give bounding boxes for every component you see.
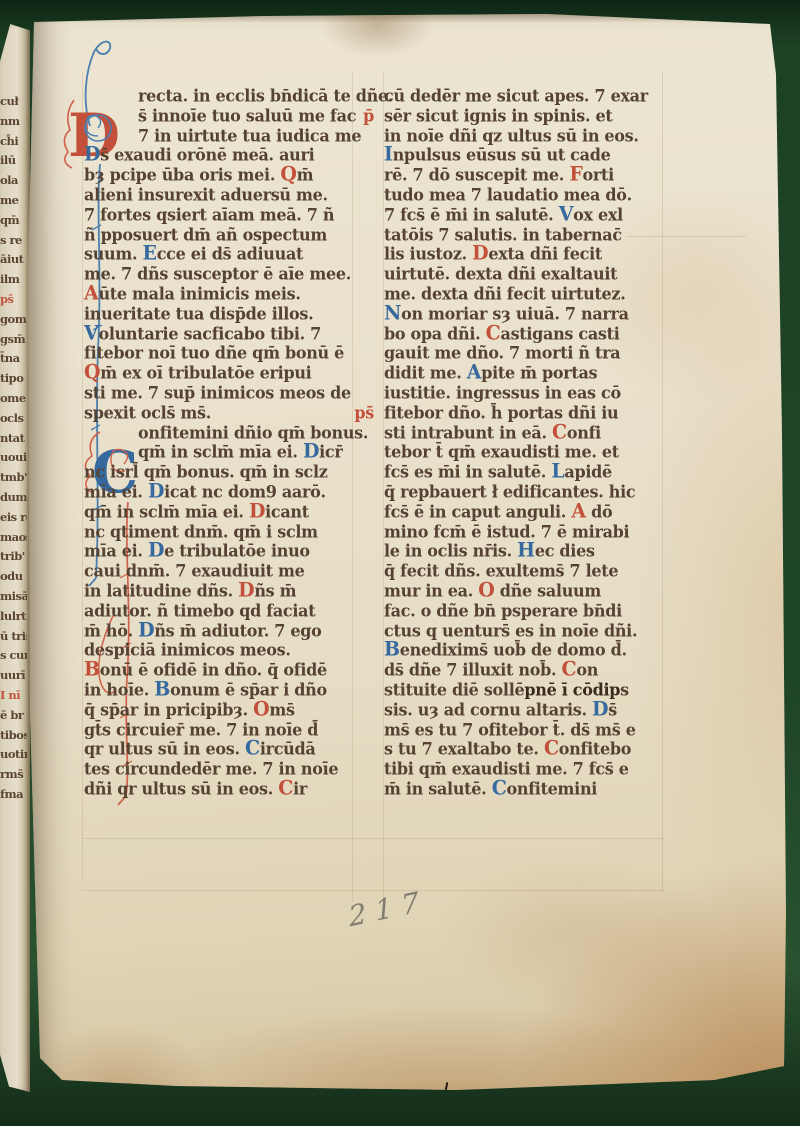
- text-segment: 7 fortes qsiert aīam meā. 7 ñ: [84, 205, 334, 225]
- text-segment: ñs m̄: [254, 581, 296, 601]
- text-segment: F: [569, 163, 582, 186]
- text-line: qr ultus sū in eos. Circūdā: [84, 739, 374, 760]
- text-line: despiciā inimicos meos.: [84, 640, 374, 661]
- text-line: inueritate tua disp̄de illos.: [84, 304, 374, 325]
- text-segment: orti: [583, 165, 614, 185]
- text-segment: C: [278, 777, 293, 800]
- text-line: 7 in uirtute tua iudica me: [84, 126, 374, 147]
- text-segment: V: [559, 203, 573, 226]
- text-line: nc isrl̄ qm̄ bonus. qm̄ in sclz: [84, 462, 374, 483]
- text-segment: tatōis 7 salutis. in tabernac̄: [384, 225, 622, 245]
- text-line: tibi qm̄ exaudisti me. 7 fcs̄ e: [384, 759, 674, 780]
- text-segment: in latitudine dñs.: [84, 581, 238, 601]
- text-segment: ms̄: [269, 700, 294, 720]
- text-line: Benedixims̄ uob̄ de domo d̄.: [384, 640, 674, 661]
- text-line: suum. Ecce ei ds̄ adiuuat: [84, 244, 374, 265]
- text-segment: caui dnm̄. 7 exaudiuit me: [84, 561, 305, 581]
- text-segment: on moriar sȝ uiuā. 7 narra: [401, 304, 629, 324]
- text-segment: onfi: [567, 423, 601, 443]
- rubric-mark: p̄: [363, 106, 374, 126]
- text-segment: cce ei ds̄ adiuuat: [157, 244, 303, 264]
- text-line: Ds̄ exaudi orōnē meā. auri: [84, 145, 374, 166]
- text-line: bȝ pcipe ūba oris mei. Qm̄: [84, 165, 374, 186]
- text-segment: 7 fcs̄ ē m̄i in salutē.: [384, 205, 559, 225]
- text-segment: stituite diē sollē: [384, 680, 524, 700]
- text-segment: gt̄s circuier̄ me. 7 in noīe d̄: [84, 720, 318, 740]
- gutter-fragment: eis rō: [0, 508, 27, 528]
- text-line: Bonū ē ofidē in dño. q̄ ofidē: [84, 660, 374, 681]
- text-segment: e tribulatōe inuo: [164, 541, 310, 561]
- gutter-fragment: ch̄i: [0, 132, 27, 152]
- text-segment: nc qtiment dnm̄. qm̄ i sclm: [84, 522, 318, 542]
- gutter-fragment: me: [0, 191, 27, 211]
- text-segment: A: [467, 361, 481, 384]
- text-segment: in hoīe.: [84, 680, 154, 700]
- text-segment: didit me.: [384, 363, 467, 383]
- text-segment: D: [238, 579, 254, 602]
- text-segment: D: [303, 440, 319, 463]
- text-segment: I: [384, 143, 393, 166]
- text-segment: A: [571, 500, 585, 523]
- text-line: me. dexta dñi fecit uirtutez.: [384, 284, 674, 305]
- gutter-fragment: dum: [0, 488, 27, 508]
- text-segment: tebor t̄ qm̄ exaudisti me. et: [384, 442, 619, 462]
- text-line: Inpulsus eūsus sū ut cade: [384, 145, 674, 166]
- text-segment: ms̄ es tu 7 ofitebor t̄. ds̄ ms̄ e: [384, 720, 636, 740]
- text-segment: D: [148, 480, 164, 503]
- text-line: ds̄ dñe 7 illuxit nob̄. Con: [384, 660, 674, 681]
- text-segment: fitebor dño. h̄ portas dñi iu: [384, 403, 618, 423]
- text-segment: C: [245, 737, 260, 760]
- text-line: stituite diē sollēpnē ī cōdips: [384, 680, 674, 701]
- text-line: fitebor dño. h̄ portas dñi iu: [384, 403, 674, 424]
- gutter-fragment: ilm: [0, 270, 27, 290]
- gutter-fragment: āiut: [0, 250, 27, 270]
- text-segment: bȝ pcipe ūba oris mei.: [84, 165, 280, 185]
- text-segment: ec dies: [535, 541, 595, 561]
- text-segment: V: [84, 321, 98, 344]
- text-line: didit me. Apite m̄ portas: [384, 363, 674, 384]
- text-line: q̄ repbauert ł edificantes. hic: [384, 482, 674, 503]
- text-segment: suum.: [84, 244, 143, 264]
- text-line: q̄ sp̄ar in pricipibȝ. Oms̄: [84, 700, 374, 721]
- text-line: gauit me dño. 7 morti ñ tra: [384, 343, 674, 364]
- gutter-fragment: ntat: [0, 429, 27, 449]
- text-segment: ūte mala inimicis meis.: [98, 284, 300, 304]
- text-line: fac. o dñe bn̄ psperare bn̄di: [384, 601, 674, 622]
- text-segment: E: [143, 242, 157, 265]
- text-segment: le in oclis nr̄is.: [384, 541, 517, 561]
- text-segment: ircūdā: [260, 739, 316, 759]
- text-line: le in oclis nr̄is. Hec dies: [384, 541, 674, 562]
- text-segment: mīa ei.: [84, 482, 148, 502]
- text-segment: ñs m̄ adiutor. 7 ego: [154, 621, 321, 641]
- text-line: iustitie. ingressus in eas cō: [384, 383, 674, 404]
- text-segment: tes circundedēr me. 7 in noīe: [84, 759, 338, 779]
- text-segment: q̄ repbauert ł edificantes. hic: [384, 482, 635, 502]
- text-line: tudo mea 7 laudatio mea dō.: [384, 185, 674, 206]
- text-segment: apidē: [564, 462, 612, 482]
- text-line: Non moriar sȝ uiuā. 7 narra: [384, 304, 674, 325]
- text-line: 7 fcs̄ ē m̄i in salutē. Vox exl: [384, 205, 674, 226]
- gutter-fragment: cuł: [0, 92, 27, 112]
- text-segment: s̄: [608, 700, 617, 720]
- text-segment: D: [249, 500, 265, 523]
- ruling-line: [82, 890, 664, 891]
- text-line: Voluntarie sacficabo tibi. 7: [84, 324, 374, 345]
- text-line: s̄ innoīe tuo saluū me facp̄: [84, 106, 374, 127]
- text-segment: uirtutē. dexta dñi exaltauit: [384, 264, 617, 284]
- text-segment: onfitemini dñio qm̄ bonus.: [138, 423, 368, 443]
- text-segment: sis. uȝ ad cornu altaris.: [384, 700, 592, 720]
- text-line: m̄ in salutē. Confitemini: [384, 779, 674, 800]
- text-segment: oluntarie sacficabo tibi. 7: [98, 324, 321, 344]
- text-segment: sti me. 7 sup̄ inimicos meos de: [84, 383, 351, 403]
- text-segment: mur in ea.: [384, 581, 478, 601]
- gutter-fragment: tmb': [0, 468, 27, 488]
- text-segment: enedixims̄ uob̄ de domo d̄.: [400, 640, 627, 660]
- text-segment: D: [138, 618, 154, 641]
- text-segment: m̄ hō.: [84, 621, 138, 641]
- text-line: mīa ei. Dicat nc dom9 aarō.: [84, 482, 374, 503]
- text-line: spexit ocls̄ ms̄.ps̄: [84, 403, 374, 424]
- manuscript-page: D C recta. in ecclis bn̄dicā te dñe.s̄ i…: [26, 14, 790, 1104]
- text-segment: cū dedēr me sicut apes. 7 exar: [384, 86, 648, 106]
- text-segment: onfitebo: [559, 739, 631, 759]
- text-segment: icant: [265, 502, 309, 522]
- gutter-fragment: uotin: [0, 745, 27, 765]
- text-line: cū dedēr me sicut apes. 7 exar: [384, 86, 674, 107]
- text-line: Qm̄ ex oī tribulatōe eripui: [84, 363, 374, 384]
- text-segment: B: [154, 678, 170, 701]
- text-segment: on: [576, 660, 598, 680]
- gutter-fragment: s re: [0, 231, 27, 251]
- text-segment: tibi qm̄ exaudisti me. 7 fcs̄ e: [384, 759, 629, 779]
- gutter-fragment: lulrt: [0, 607, 27, 627]
- text-segment: tudo mea 7 laudatio mea dō.: [384, 185, 632, 205]
- gutter-fragment: ē br: [0, 706, 27, 726]
- text-segment: bo opa dñi.: [384, 324, 486, 344]
- text-segment: spexit ocls̄ ms̄.: [84, 403, 211, 423]
- text-segment: rē. 7 dō suscepit me.: [384, 165, 569, 185]
- gutter-fragment: ps̄: [0, 290, 27, 310]
- gutter-fragment: s cur: [0, 646, 27, 666]
- text-column-left: recta. in ecclis bn̄dicā te dñe.s̄ innoī…: [84, 86, 374, 799]
- text-line: rē. 7 dō suscepit me. Forti: [384, 165, 674, 186]
- text-segment: fac. o dñe bn̄ psperare bn̄di: [384, 601, 622, 621]
- text-segment: B: [84, 658, 100, 681]
- text-segment: 7 in uirtute tua iudica me: [138, 126, 361, 146]
- gutter-fragment: misā: [0, 587, 27, 607]
- text-line: fcs̄ es m̄i in salutē. Lapidē: [384, 462, 674, 483]
- gutter-fragment: rms̄: [0, 765, 27, 785]
- text-line: sēr sicut ignis in spinis. et: [384, 106, 674, 127]
- text-line: caui dnm̄. 7 exaudiuit me: [84, 561, 374, 582]
- text-segment: gauit me dño. 7 morti ñ tra: [384, 343, 620, 363]
- text-line: nc qtiment dnm̄. qm̄ i sclm: [84, 522, 374, 543]
- text-line: adiutor. ñ timebo qd faciat: [84, 601, 374, 622]
- text-segment: alieni insurexit aduersū me.: [84, 185, 328, 205]
- text-line: ctus q uenturs̄ es in noīe dñi.: [384, 621, 674, 642]
- gutter-fragment: trib': [0, 547, 27, 567]
- text-segment: dō: [586, 502, 613, 522]
- text-segment: D: [84, 143, 100, 166]
- text-segment: fcs̄ ē in caput anguli.: [384, 502, 571, 522]
- text-segment: icat nc dom9 aarō.: [164, 482, 326, 502]
- gutter-fragment: gom: [0, 310, 27, 330]
- text-segment: in noīe dñi qz ultus sū in eos.: [384, 126, 639, 146]
- text-line: uirtutē. dexta dñi exaltauit: [384, 264, 674, 285]
- gutter-fragment: t̄na: [0, 349, 27, 369]
- gutter-fragment: ocls: [0, 409, 27, 429]
- text-segment: adiutor. ñ timebo qd faciat: [84, 601, 315, 621]
- text-segment: recta. in ecclis bn̄dicā te dñe.: [138, 86, 393, 106]
- gutter-text-fragments: cułnmch̄iilūolameqm̄s reāiutilmps̄gomgsm…: [0, 92, 27, 805]
- text-segment: iustitie. ingressus in eas cō: [384, 383, 621, 403]
- text-segment: dñi qr ultus sū in eos.: [84, 779, 278, 799]
- text-line: sti me. 7 sup̄ inimicos meos de: [84, 383, 374, 404]
- facing-page-edge: cułnmch̄iilūolameqm̄s reāiutilmps̄gomgsm…: [0, 24, 30, 1092]
- gutter-fragment: ū tris: [0, 627, 27, 647]
- text-segment: qm̄ in sclm̄ mīa ei.: [138, 442, 303, 462]
- gutter-fragment: fma: [0, 785, 27, 805]
- text-line: gt̄s circuier̄ me. 7 in noīe d̄: [84, 720, 374, 741]
- text-segment: N: [384, 302, 401, 325]
- text-line: m̄ hō. Dñs m̄ adiutor. 7 ego: [84, 621, 374, 642]
- text-line: recta. in ecclis bn̄dicā te dñe.: [84, 86, 374, 107]
- text-segment: nc isrl̄ qm̄ bonus. qm̄ in sclz: [84, 462, 328, 482]
- text-segment: ox exl: [573, 205, 623, 225]
- text-segment: Q: [84, 361, 100, 384]
- text-segment: C: [552, 420, 567, 443]
- text-line: me. 7 dñs susceptor ē aīe mee.: [84, 264, 374, 285]
- text-segment: C: [544, 737, 559, 760]
- photograph-background: cułnmch̄iilūolameqm̄s reāiutilmps̄gomgsm…: [0, 0, 800, 1126]
- text-segment: onfitemini: [507, 779, 598, 799]
- rubric-mark: ps̄: [354, 403, 374, 423]
- text-segment: C: [562, 658, 577, 681]
- text-segment: me. 7 dñs susceptor ē aīe mee.: [84, 264, 351, 284]
- text-line: bo opa dñi. Castigans casti: [384, 324, 674, 345]
- text-segment: A: [84, 282, 98, 305]
- text-segment: exta dñi fecit: [488, 244, 602, 264]
- text-segment: dñe saluum: [495, 581, 602, 601]
- text-line: fcs̄ ē in caput anguli. A dō: [384, 502, 674, 523]
- text-segment: fitebor noī tuo dñe qm̄ bonū ē: [84, 343, 344, 363]
- text-segment: inueritate tua disp̄de illos.: [84, 304, 313, 324]
- ruling-line: [82, 838, 664, 839]
- text-line: in latitudine dñs. Dñs m̄: [84, 581, 374, 602]
- gutter-fragment: nm: [0, 112, 27, 132]
- text-line: tes circundedēr me. 7 in noīe: [84, 759, 374, 780]
- text-segment: ds̄ dñe 7 illuxit nob̄.: [384, 660, 562, 680]
- text-segment: q̄ fecit dñs. exultems̄ 7 lete: [384, 561, 618, 581]
- text-segment: fcs̄ es m̄i in salutē.: [384, 462, 551, 482]
- gutter-fragment: uurī: [0, 666, 27, 686]
- text-segment: O: [253, 698, 269, 721]
- text-segment: m̄ in salutē.: [384, 779, 492, 799]
- text-segment: m̄: [297, 165, 314, 185]
- text-line: in hoīe. Bonum ē sp̄ar i dño: [84, 680, 374, 701]
- text-segment: ir: [293, 779, 307, 799]
- text-segment: q̄ sp̄ar in pricipibȝ.: [84, 700, 253, 720]
- text-segment: s̄ innoīe tuo saluū me fac: [138, 106, 356, 126]
- text-segment: s tu 7 exaltabo te.: [384, 739, 544, 759]
- text-segment: pnē ī cōdip: [524, 680, 620, 700]
- text-segment: onum ē sp̄ar i dño: [170, 680, 327, 700]
- text-segment: qr ultus sū in eos.: [84, 739, 245, 759]
- text-segment: onū ē ofidē in dño. q̄ ofidē: [100, 660, 327, 680]
- text-line: in noīe dñi qz ultus sū in eos.: [384, 126, 674, 147]
- text-segment: ñ pposuert dm̄ añ ospectum: [84, 225, 327, 245]
- gutter-fragment: ome: [0, 389, 27, 409]
- text-segment: sēr sicut ignis in spinis. et: [384, 106, 612, 126]
- text-line: sis. uȝ ad cornu altaris. Ds̄: [384, 700, 674, 721]
- text-line: ms̄ es tu 7 ofitebor t̄. ds̄ ms̄ e: [384, 720, 674, 741]
- text-line: 7 fortes qsiert aīam meā. 7 ñ: [84, 205, 374, 226]
- gutter-fragment: ola: [0, 171, 27, 191]
- text-line: qm̄ in sclm̄ mīa ei. Dicant: [84, 502, 374, 523]
- text-segment: qm̄ in sclm̄ mīa ei.: [84, 502, 249, 522]
- parchment-tear: [442, 1082, 448, 1108]
- text-segment: B: [384, 638, 400, 661]
- gutter-fragment: tipo: [0, 369, 27, 389]
- text-segment: m̄ ex oī tribulatōe eripui: [100, 363, 311, 383]
- text-line: dñi qr ultus sū in eos. Cir: [84, 779, 374, 800]
- text-line: lis iustoz. Dexta dñi fecit: [384, 244, 674, 265]
- text-line: alieni insurexit aduersū me.: [84, 185, 374, 206]
- text-segment: H: [517, 539, 535, 562]
- text-segment: s: [620, 680, 629, 700]
- gutter-fragment: qm̄: [0, 211, 27, 231]
- text-segment: lis iustoz.: [384, 244, 472, 264]
- text-line: Aūte mala inimicis meis.: [84, 284, 374, 305]
- text-segment: D: [148, 539, 164, 562]
- text-line: mīa ei. De tribulatōe inuo: [84, 541, 374, 562]
- text-segment: astigans casti: [501, 324, 620, 344]
- text-segment: Q: [280, 163, 296, 186]
- text-line: mur in ea. O dñe saluum: [384, 581, 674, 602]
- text-column-right: cū dedēr me sicut apes. 7 exarsēr sicut …: [384, 86, 674, 799]
- folio-number-pencil: 217: [347, 884, 429, 934]
- gutter-fragment: gsm̄: [0, 330, 27, 350]
- text-segment: D: [592, 698, 608, 721]
- gutter-fragment: uoui: [0, 448, 27, 468]
- text-segment: mino fcm̄ ē istud. 7 ē mirabi: [384, 522, 629, 542]
- text-segment: C: [492, 777, 507, 800]
- text-line: s tu 7 exaltabo te. Confitebo: [384, 739, 674, 760]
- gutter-fragment: ilū: [0, 151, 27, 171]
- text-segment: D: [472, 242, 488, 265]
- text-line: sti intrabunt in eā. Confi: [384, 423, 674, 444]
- text-segment: L: [551, 460, 564, 483]
- text-segment: ctus q uenturs̄ es in noīe dñi.: [384, 621, 637, 641]
- text-line: q̄ fecit dñs. exultems̄ 7 lete: [384, 561, 674, 582]
- text-segment: me. dexta dñi fecit uirtutez.: [384, 284, 626, 304]
- gutter-fragment: tibos: [0, 726, 27, 746]
- text-segment: pite m̄ portas: [481, 363, 597, 383]
- text-segment: C: [486, 321, 501, 344]
- text-line: fitebor noī tuo dñe qm̄ bonū ē: [84, 343, 374, 364]
- text-segment: mīa ei.: [84, 541, 148, 561]
- text-line: onfitemini dñio qm̄ bonus.: [84, 423, 374, 444]
- text-line: tebor t̄ qm̄ exaudisti me. et: [384, 442, 674, 463]
- text-segment: O: [478, 579, 494, 602]
- gutter-fragment: maos: [0, 528, 27, 548]
- text-segment: despiciā inimicos meos.: [84, 640, 291, 660]
- text-line: tatōis 7 salutis. in tabernac̄: [384, 225, 674, 246]
- gutter-fragment: odu: [0, 567, 27, 587]
- gutter-fragment: I nī: [0, 686, 27, 706]
- text-line: qm̄ in sclm̄ mīa ei. Dicr̄: [84, 442, 374, 463]
- text-segment: icr̄: [319, 442, 342, 462]
- text-line: ñ pposuert dm̄ añ ospectum: [84, 225, 374, 246]
- text-segment: sti intrabunt in eā.: [384, 423, 552, 443]
